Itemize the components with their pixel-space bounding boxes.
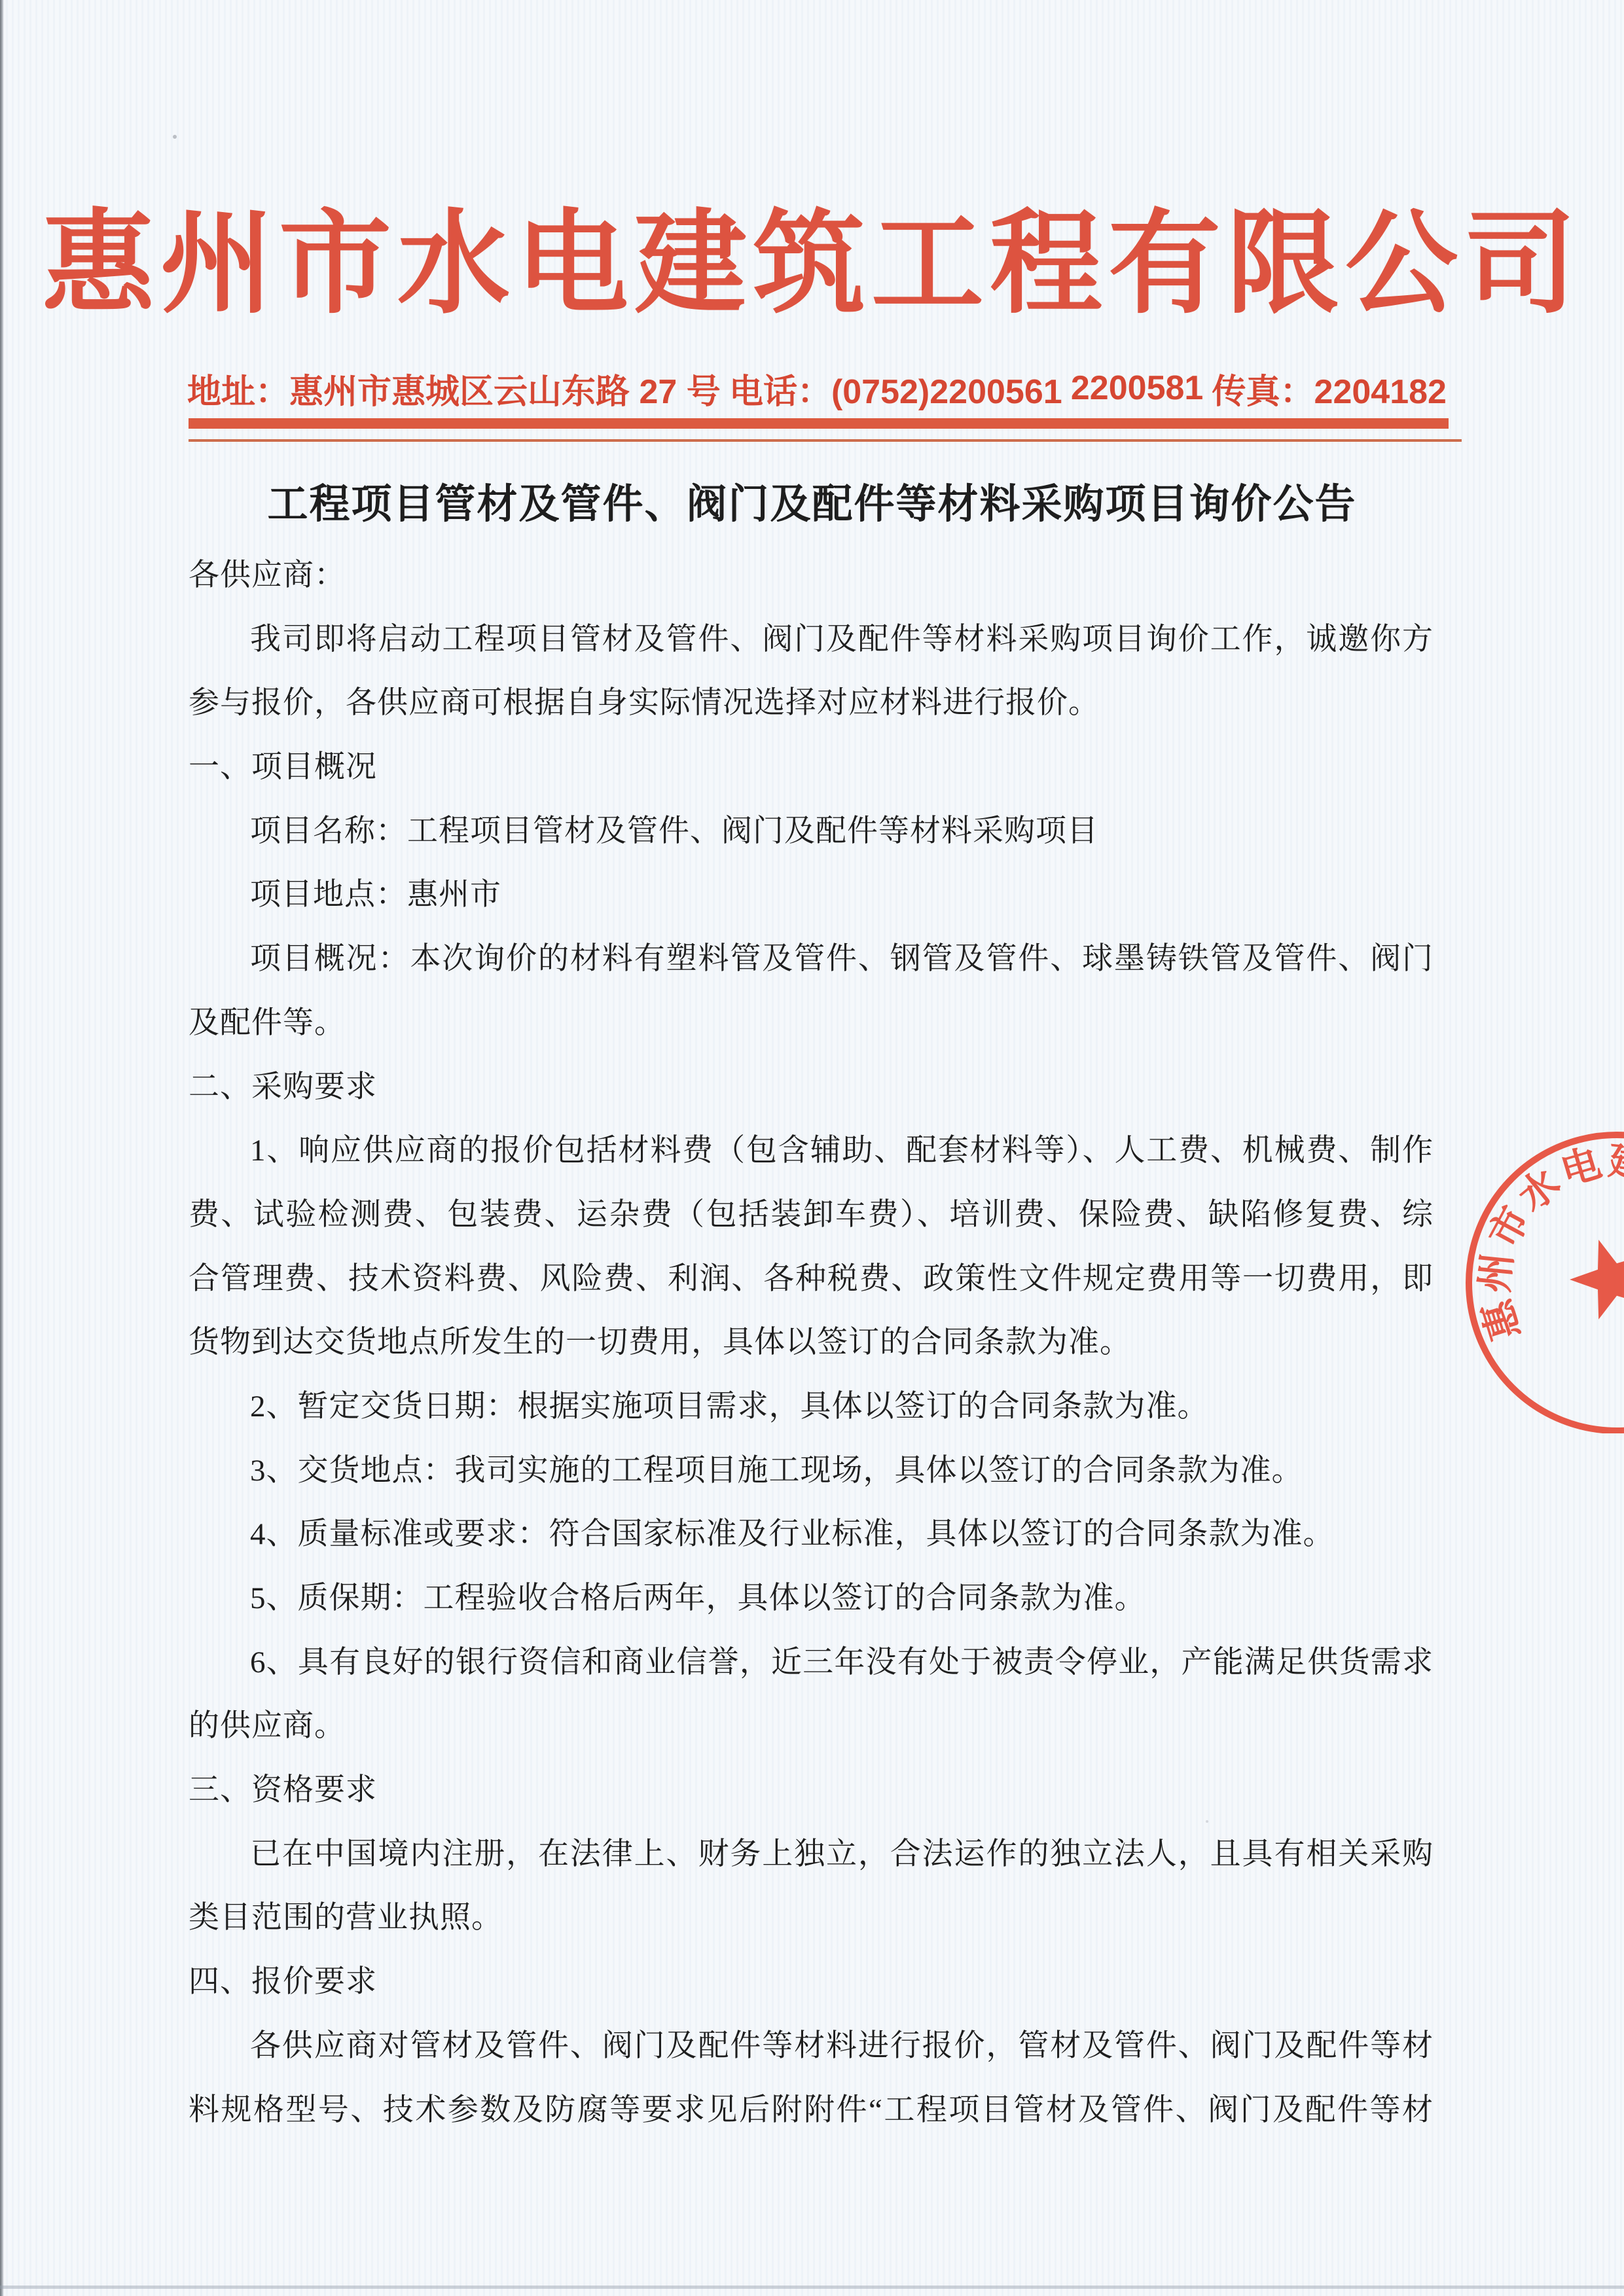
fax-text: 传真：2204182 bbox=[1212, 364, 1447, 413]
seal-star-icon bbox=[1570, 1240, 1624, 1319]
body-line: 料规格型号、技术参数及防腐等要求见后附附件“工程项目管材及管件、阀门及配件等材 bbox=[189, 2079, 1434, 2143]
body-line: 货物到达交货地点所发生的一切费用，具体以签订的合同条款为准。 bbox=[189, 1311, 1434, 1375]
document-body: 各供应商：我司即将启动工程项目管材及管件、阀门及配件等材料采购项目询价工作，诚邀… bbox=[189, 544, 1434, 2142]
scanned-document-page: 惠州市水电建筑工程有限公司 地址：惠州市惠城区云山东路 27 号 电话：(075… bbox=[0, 0, 1624, 2296]
body-line: 6、具有良好的银行资信和商业信誉，近三年没有处于被责令停业，产能满足供货需求 bbox=[189, 1631, 1434, 1695]
body-line: 费、试验检测费、包装费、运杂费（包括装卸车费）、培训费、保险费、缺陷修复费、综 bbox=[189, 1183, 1434, 1247]
body-line: 1、响应供应商的报价包括材料费（包含辅助、配套材料等）、人工费、机械费、制作 bbox=[189, 1119, 1434, 1183]
body-line: 已在中国境内注册，在法律上、财务上独立，合法运作的独立法人，且具有相关采购 bbox=[189, 1823, 1434, 1887]
letterhead-contact-row: 地址：惠州市惠城区云山东路 27 号 电话：(0752)2200561 2200… bbox=[187, 364, 1447, 412]
body-line: 我司即将启动工程项目管材及管件、阀门及配件等材料采购项目询价工作，诚邀你方 bbox=[189, 608, 1434, 672]
phone-alt-text: 2200581 bbox=[1071, 368, 1203, 408]
letterhead-divider-thick bbox=[189, 418, 1449, 429]
body-line: 的供应商。 bbox=[189, 1695, 1434, 1759]
body-line: 一、项目概况 bbox=[189, 736, 1434, 800]
body-line: 2、暂定交货日期：根据实施项目需求，具体以签订的合同条款为准。 bbox=[189, 1375, 1434, 1439]
body-line: 四、报价要求 bbox=[189, 1950, 1434, 2015]
scan-speck bbox=[173, 135, 177, 139]
body-line: 三、资格要求 bbox=[189, 1759, 1434, 1823]
document-title: 工程项目管材及管件、阀门及配件等材料采购项目询价公告 bbox=[0, 476, 1624, 533]
body-line: 项目名称：工程项目管材及管件、阀门及配件等材料采购项目 bbox=[189, 800, 1434, 864]
address-text: 地址：惠州市惠城区云山东路 27 号 bbox=[187, 364, 721, 413]
company-name: 惠州市水电建筑工程有限公司 bbox=[0, 195, 1624, 336]
letterhead-divider-thin bbox=[189, 439, 1462, 442]
body-line: 各供应商对管材及管件、阀门及配件等材料进行报价，管材及管件、阀门及配件等材 bbox=[189, 2015, 1434, 2079]
body-line: 二、采购要求 bbox=[189, 1056, 1434, 1120]
body-line: 类目范围的营业执照。 bbox=[189, 1886, 1434, 1950]
scan-edge-shadow-bottom bbox=[0, 2286, 1624, 2289]
body-line: 及配件等。 bbox=[189, 992, 1434, 1056]
body-line: 项目概况：本次询价的材料有塑料管及管件、钢管及管件、球墨铸铁管及管件、阀门 bbox=[189, 927, 1434, 992]
company-seal-stamp: 惠州市水电建 bbox=[1440, 1106, 1624, 1433]
body-line: 合管理费、技术资料费、风险费、利润、各种税费、政策性文件规定费用等一切费用，即 bbox=[189, 1247, 1434, 1312]
phone-text: 电话：(0752)2200561 bbox=[729, 364, 1062, 413]
body-line: 3、交货地点：我司实施的工程项目施工现场，具体以签订的合同条款为准。 bbox=[189, 1439, 1434, 1503]
body-line: 5、质保期：工程验收合格后两年，具体以签订的合同条款为准。 bbox=[189, 1567, 1434, 1631]
body-line: 4、质量标准或要求：符合国家标准及行业标准，具体以签订的合同条款为准。 bbox=[189, 1503, 1434, 1567]
scan-edge-shadow-left bbox=[0, 0, 4, 2296]
body-line: 各供应商： bbox=[189, 544, 1434, 608]
body-line: 参与报价，各供应商可根据自身实际情况选择对应材料进行报价。 bbox=[189, 672, 1434, 736]
body-line: 项目地点：惠州市 bbox=[189, 863, 1434, 927]
